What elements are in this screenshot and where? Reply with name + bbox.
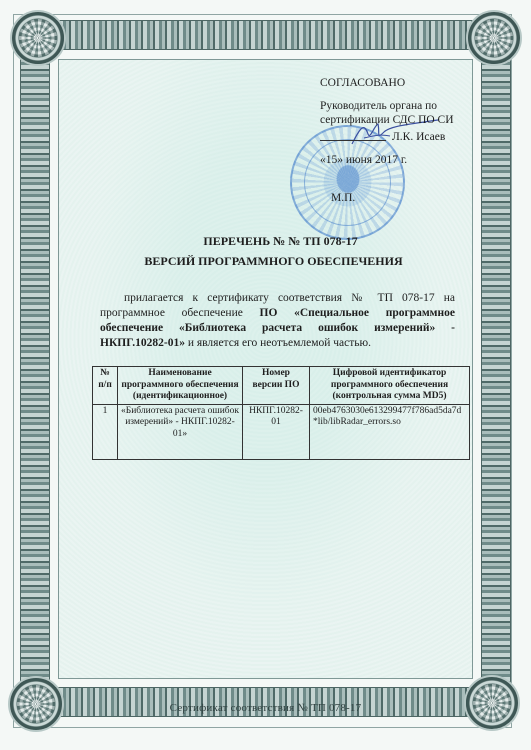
- seal-place-label: М.П.: [331, 191, 355, 205]
- approval-heading: СОГЛАСОВАНО: [320, 76, 405, 90]
- paragraph-tail: и является его неотъемлемой частью.: [185, 337, 371, 349]
- cell-checksum: 00eb4763030e613299477f786ad5da7d *lib/li…: [310, 404, 470, 459]
- footer-certificate-number: Сертификат соответствия № ТП 078-17: [0, 702, 531, 714]
- table-row: 1 «Библиотека расчета ошибок измерений» …: [93, 404, 470, 459]
- cell-number: 1: [93, 404, 118, 459]
- intro-paragraph: прилагается к сертификату соответствия №…: [100, 291, 455, 351]
- md5-file: *lib/libRadar_errors.so: [313, 417, 466, 429]
- ornament-band-left: [20, 50, 50, 690]
- approver-name: Л.К. Исаев: [392, 130, 445, 144]
- approval-date: «15» июня 2017 г.: [320, 153, 407, 167]
- approver-position-line2: сертификации СДС ПО СИ: [320, 113, 454, 127]
- certificate-page: Сертификат соответствия № ТП 078-17 СОГЛ…: [0, 0, 531, 750]
- approver-position-line1: Руководитель органа по: [320, 99, 437, 113]
- header-version: Номер версии ПО: [243, 367, 310, 405]
- document-subtitle: ВЕРСИЙ ПРОГРАММНОГО ОБЕСПЕЧЕНИЯ: [0, 254, 531, 269]
- rosette-icon: [12, 12, 64, 64]
- cell-software-name: «Библиотека расчета ошибок измерений» - …: [118, 404, 243, 459]
- ornament-band-top: [50, 20, 481, 50]
- md5-hash: 00eb4763030e613299477f786ad5da7d: [313, 406, 466, 418]
- software-versions-table: № п/п Наименование программного обеспече…: [92, 366, 470, 460]
- ornament-band-right: [481, 50, 511, 690]
- header-software-name: Наименование программного обеспечения (и…: [118, 367, 243, 405]
- header-checksum: Цифровой идентификатор программного обес…: [310, 367, 470, 405]
- document-title: ПЕРЕЧЕНЬ № № ТП 078-17: [0, 234, 531, 249]
- header-number: № п/п: [93, 367, 118, 405]
- rosette-icon: [468, 12, 520, 64]
- table-header-row: № п/п Наименование программного обеспече…: [93, 367, 470, 405]
- cell-version: НКПГ.10282-01: [243, 404, 310, 459]
- signature-line: [320, 140, 386, 141]
